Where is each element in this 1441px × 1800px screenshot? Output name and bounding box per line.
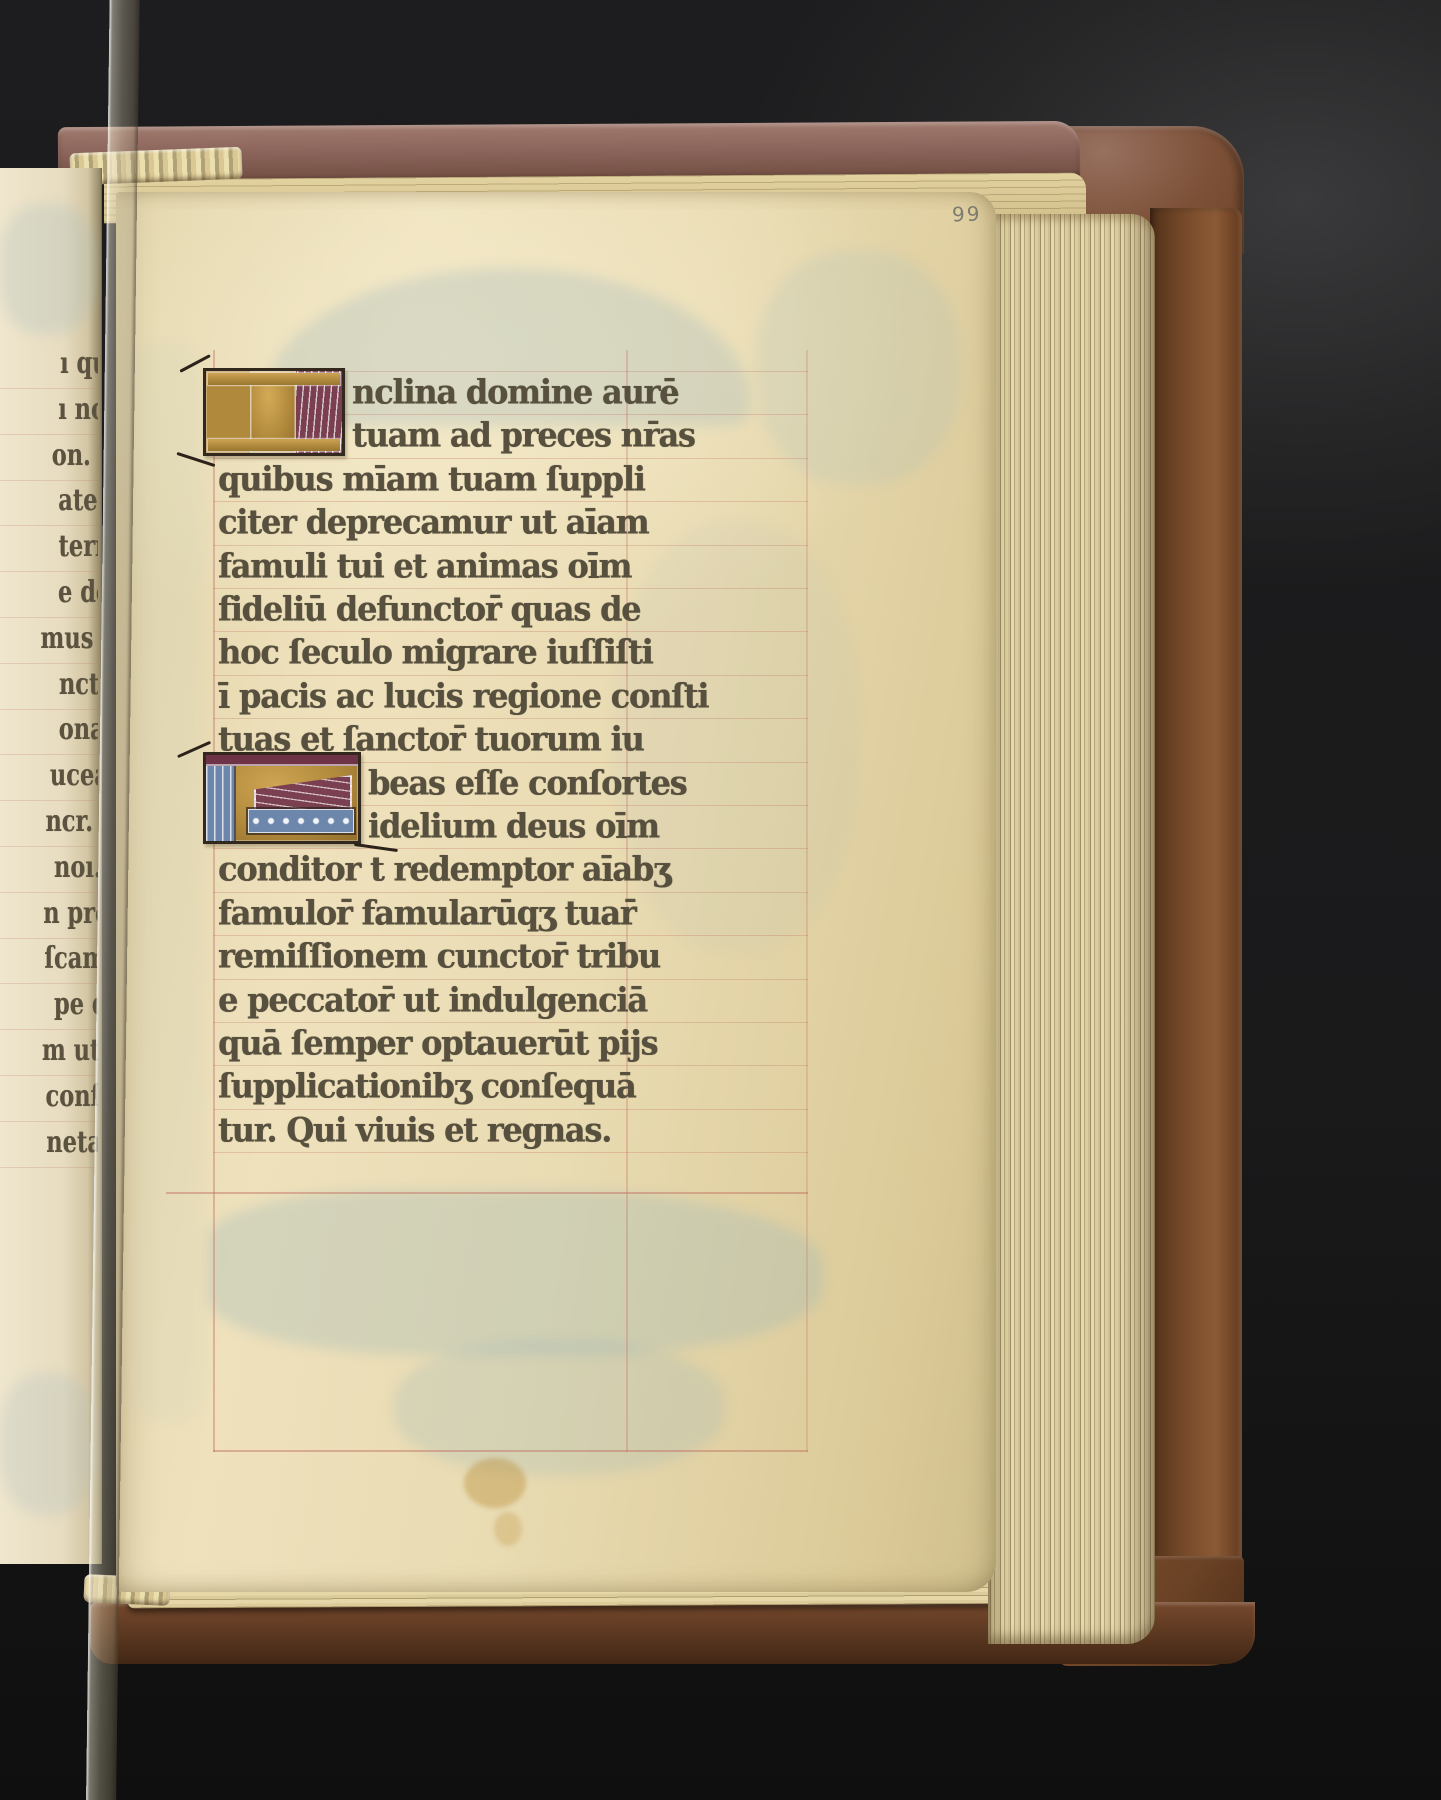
stain bbox=[494, 1512, 522, 1546]
verso-line-fragment: e domine aīas bbox=[0, 571, 98, 618]
manuscript-text-line: tur. Qui viuis et regnas. bbox=[218, 1108, 611, 1153]
fragment-text: uceat eis. bbox=[50, 758, 98, 793]
verso-line-fragment: ncr. R. dn̄e bbox=[0, 800, 98, 847]
fragment-text: ſcam ſemp bbox=[44, 941, 98, 976]
illuminated-initial-F: F bbox=[203, 752, 361, 844]
fragment-text: noı. bbox=[54, 850, 98, 885]
fragment-text: nctis. bbox=[59, 667, 98, 702]
verso-line-fragment: noı. Oremus. bbox=[0, 846, 98, 893]
verso-line-fragment: ı nobis pacem bbox=[0, 388, 98, 435]
fragment-text: n propiciū bbox=[43, 896, 98, 931]
verso-line-fragment: m ut quos bbox=[0, 1029, 98, 1076]
fragment-text: terra. bbox=[58, 529, 98, 564]
illuminated-initial-I: I bbox=[203, 368, 345, 456]
fragment-text: e domine aīas bbox=[58, 575, 98, 610]
verso-line-fragment: netar̄ abſol bbox=[0, 1121, 98, 1168]
manuscript-text-line: e peccator̄ ut indulgenciā bbox=[218, 978, 647, 1023]
facing-page-sliver: ı qui tollis pc̄aı nobis pacemon. xp̄iſt… bbox=[0, 168, 102, 1564]
verso-line-fragment: ona eis dn̄e et bbox=[0, 708, 98, 755]
fragment-text: m ut quos bbox=[42, 1033, 98, 1068]
fragment-text: ı qui tollis pc̄a bbox=[60, 346, 98, 381]
manuscript-text-line: quibus mīam tuam ſuppli bbox=[218, 457, 645, 502]
manuscript-text-line: beas eſſe conſortes bbox=[368, 761, 686, 806]
manuscript-text-line: quā ſemper optauerūt pijs bbox=[218, 1021, 657, 1066]
verso-line-fragment: terra. V. porta bbox=[0, 525, 98, 572]
showthrough-foliage bbox=[208, 1190, 823, 1355]
manuscript-text-line: tuam ad preces nr̄as bbox=[352, 413, 695, 458]
showthrough-foliage bbox=[394, 1340, 724, 1475]
verso-line-fragment: nctis. R. Requ bbox=[0, 663, 98, 710]
showthrough-decoration bbox=[756, 250, 961, 485]
verso-line-fragment: conſtringit bbox=[0, 1075, 98, 1122]
manuscript-text-line: famuli tui et animas oīm bbox=[218, 544, 631, 589]
showthrough-decoration bbox=[132, 342, 202, 1422]
verso-line-fragment: ſcam ſemp bbox=[0, 937, 98, 984]
manuscript-text-line: nclina domine aurē bbox=[352, 370, 678, 415]
ruling-frame-line bbox=[213, 1450, 808, 1452]
verso-line-fragment: on. xp̄iſteley bbox=[0, 434, 98, 481]
manuscript-page: 99 I F nclina domine aurētuam ad bbox=[116, 192, 996, 1592]
initial-gold-bar bbox=[208, 373, 340, 385]
fragment-text: netar̄ abſol bbox=[46, 1125, 98, 1160]
fragment-text: ater noſter. et bbox=[58, 483, 98, 518]
ruling-vertical-right bbox=[806, 350, 808, 1452]
manuscript-text-line: hoc ſeculo migrare iuſſiſti bbox=[218, 630, 653, 675]
ruling-vertical-left bbox=[213, 350, 215, 1452]
ruling-frame-line bbox=[166, 1192, 808, 1194]
verso-line-fragment: pe deprecam bbox=[0, 983, 98, 1030]
manuscript-text-line: citer deprecamur ut aīam bbox=[218, 500, 648, 545]
initial-maroon-wedge bbox=[254, 775, 352, 813]
fragment-text: ncr. bbox=[45, 804, 98, 839]
manuscript-text-line: conditor t redemptor aīabʒ bbox=[218, 847, 670, 892]
page-stack-fore-edge bbox=[988, 214, 1155, 1644]
fragment-text: mus panē bbox=[41, 621, 98, 656]
manuscript-text-line: famulor̄ famularūqʒ tuar̄ bbox=[218, 891, 636, 936]
manuscript-photo: ı qui tollis pc̄aı nobis pacemon. xp̄iſt… bbox=[0, 0, 1441, 1800]
initial-gold-bar bbox=[208, 439, 340, 451]
verso-line-fragment: uceat eis. V. bbox=[0, 754, 98, 801]
verso-line-fragment: mus panē bbox=[0, 617, 98, 664]
fragment-text: on. bbox=[52, 438, 98, 473]
folio-number: 99 bbox=[952, 201, 982, 226]
manuscript-text-line: remiſſionem cunctor̄ tribu bbox=[218, 934, 660, 979]
showthrough-decoration bbox=[0, 1374, 96, 1514]
manuscript-text-line: ī pacis ac lucis regione conſti bbox=[218, 674, 708, 719]
initial-blue-panel bbox=[206, 766, 236, 841]
manuscript-text-line: idelium deus oīm bbox=[368, 804, 659, 849]
stain bbox=[464, 1458, 526, 1508]
manuscript-text-line: ſupplicationibʒ conſequā bbox=[218, 1064, 636, 1109]
fragment-text: pe deprecam bbox=[54, 987, 98, 1022]
manuscript-text-line: tuas et ſanctor̄ tuorum iu bbox=[218, 717, 644, 762]
fragment-text: ona eis dn̄e et bbox=[59, 712, 98, 747]
fragment-text: ı nobis pacem bbox=[58, 392, 98, 427]
initial-dotted-bar bbox=[248, 809, 354, 833]
verso-line-fragment: ı qui tollis pc̄a bbox=[0, 342, 98, 389]
verso-line-fragment: ater noſter. et bbox=[0, 479, 98, 526]
leather-cover-right-side bbox=[1150, 208, 1242, 1638]
manuscript-text-line: fideliū defunctor̄ quas de bbox=[218, 587, 640, 632]
showthrough-decoration bbox=[0, 204, 96, 334]
fragment-text: conſtringit bbox=[46, 1079, 98, 1114]
verso-line-fragment: n propiciū bbox=[0, 892, 98, 939]
